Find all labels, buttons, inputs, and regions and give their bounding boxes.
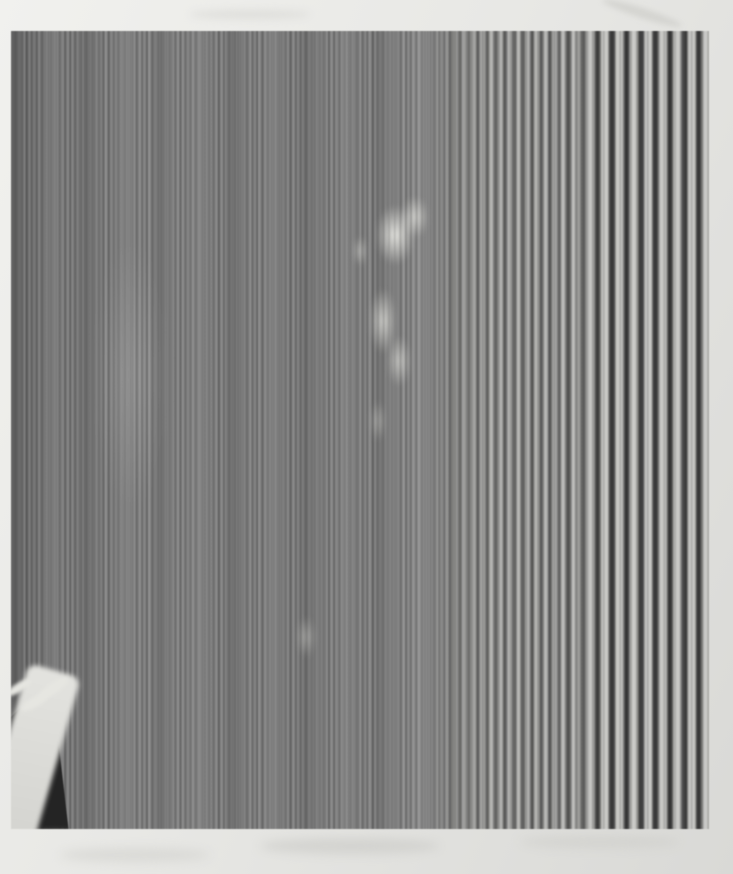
border-smudge xyxy=(520,836,680,848)
instant-photo xyxy=(0,0,733,874)
border-smudge xyxy=(601,0,684,31)
border-smudge xyxy=(260,838,440,854)
border-smudge xyxy=(190,10,310,19)
border-smudge xyxy=(60,848,210,862)
photo-area xyxy=(11,31,709,829)
fine-string-overlay xyxy=(11,31,709,829)
